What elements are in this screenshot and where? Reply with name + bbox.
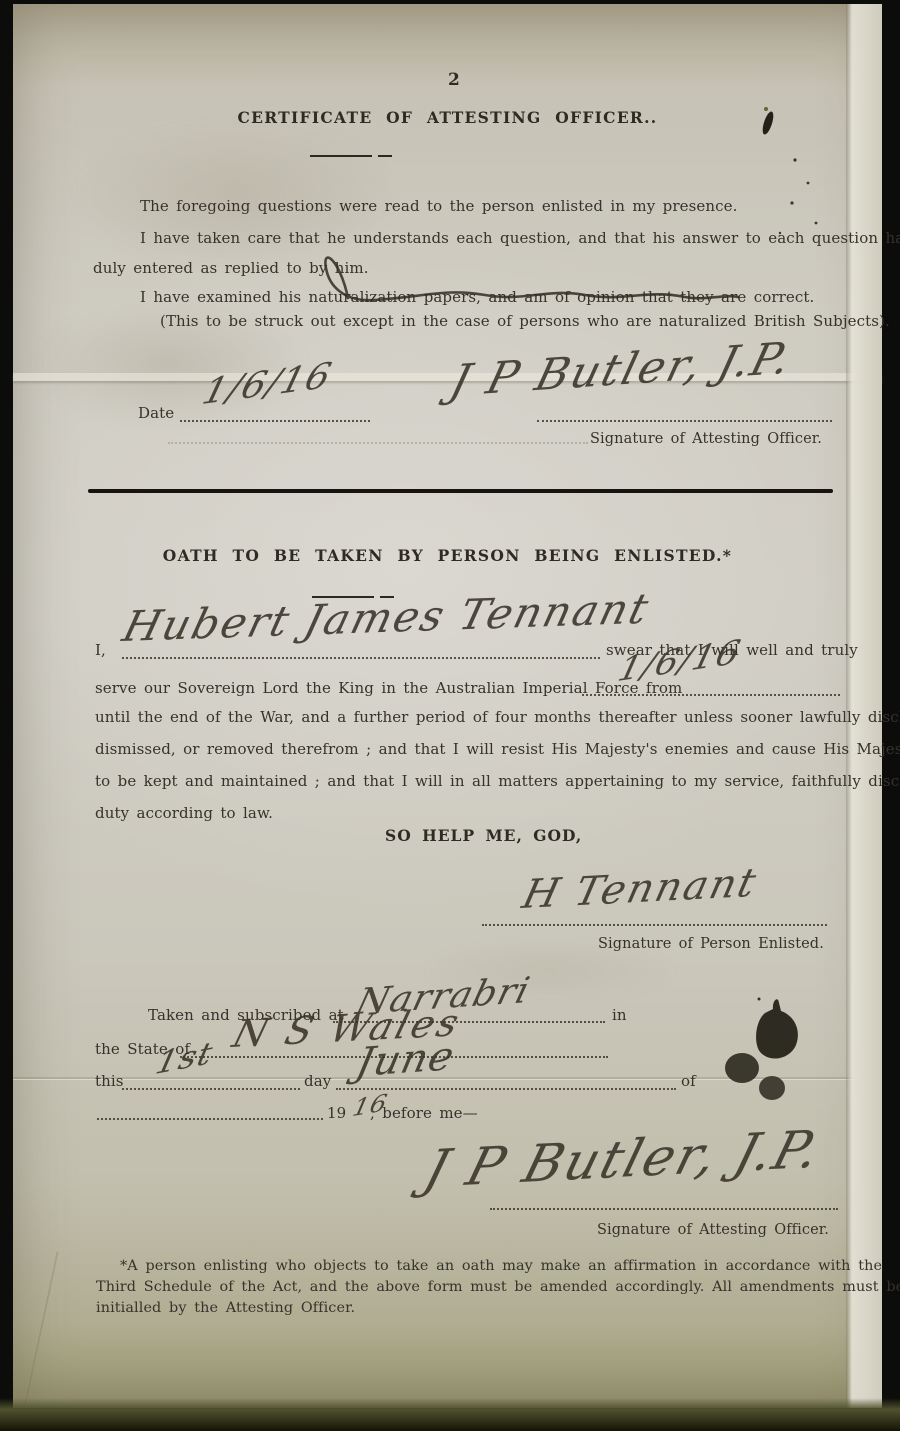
oath-body-line1: until the end of the War, and a further … bbox=[95, 708, 900, 726]
handwritten-strikethrough bbox=[240, 238, 760, 313]
certificate-signature-dotted-line bbox=[537, 420, 832, 422]
this-label: this bbox=[95, 1072, 124, 1090]
oath-body-line3: to be kept and maintained ; and that I w… bbox=[95, 772, 900, 790]
day-label: day bbox=[304, 1072, 331, 1090]
oath-body-line2: dismissed, or removed therefrom ; and th… bbox=[95, 740, 900, 758]
scanned-document-page: 2 CERTIFICATE OF ATTESTING OFFICER.. The… bbox=[0, 0, 900, 1431]
title-divider-dash bbox=[378, 155, 392, 157]
month-handwritten: June bbox=[352, 1033, 459, 1086]
footnote-line3: initialled by the Attesting Officer. bbox=[96, 1300, 355, 1316]
footnote-line1: *A person enlisting who objects to take … bbox=[120, 1258, 882, 1274]
before-me-label: , before me— bbox=[370, 1104, 478, 1122]
oath-from-date-dotted-line bbox=[582, 694, 840, 696]
oath-i-label: I, bbox=[95, 641, 106, 659]
section-divider-rule bbox=[88, 489, 833, 493]
oath-officer-signature-label: Signature of Attesting Officer. bbox=[597, 1222, 829, 1238]
day-number-dotted-line bbox=[122, 1088, 300, 1090]
person-enlisted-signature-label: Signature of Person Enlisted. bbox=[598, 936, 824, 952]
year-dotted-line bbox=[97, 1118, 323, 1120]
page-bottom-shadow bbox=[0, 1398, 900, 1431]
of-label: of bbox=[681, 1072, 696, 1090]
faint-ghost-dotted-line bbox=[168, 442, 588, 444]
certificate-signature-label: Signature of Attesting Officer. bbox=[590, 431, 822, 447]
so-help-me-god-text: SO HELP ME, GOD, bbox=[385, 826, 582, 845]
page-edge-fold bbox=[846, 4, 882, 1408]
year-prefix-label: 19 bbox=[327, 1104, 346, 1122]
certificate-paragraph-presence: The foregoing questions were read to the… bbox=[140, 197, 738, 215]
oath-officer-signature-dotted-line bbox=[490, 1208, 838, 1210]
page-number: 2 bbox=[448, 70, 461, 90]
certificate-date-label: Date bbox=[138, 404, 174, 422]
certificate-struck-note: (This to be struck out except in the cas… bbox=[160, 312, 890, 330]
title-divider bbox=[310, 155, 372, 157]
ink-blot bbox=[715, 995, 835, 1105]
footnote-line2: Third Schedule of the Act, and the above… bbox=[96, 1279, 900, 1295]
oath-title: OATH TO BE TAKEN BY PERSON BEING ENLISTE… bbox=[13, 546, 882, 565]
oath-body-line4: duty according to law. bbox=[95, 804, 273, 822]
ink-speck-marks bbox=[750, 105, 850, 255]
oath-name-dotted-line bbox=[122, 657, 600, 659]
certificate-date-dotted-line bbox=[180, 420, 370, 422]
person-enlisted-signature-dotted-line bbox=[482, 924, 827, 926]
in-label: in bbox=[612, 1006, 627, 1024]
